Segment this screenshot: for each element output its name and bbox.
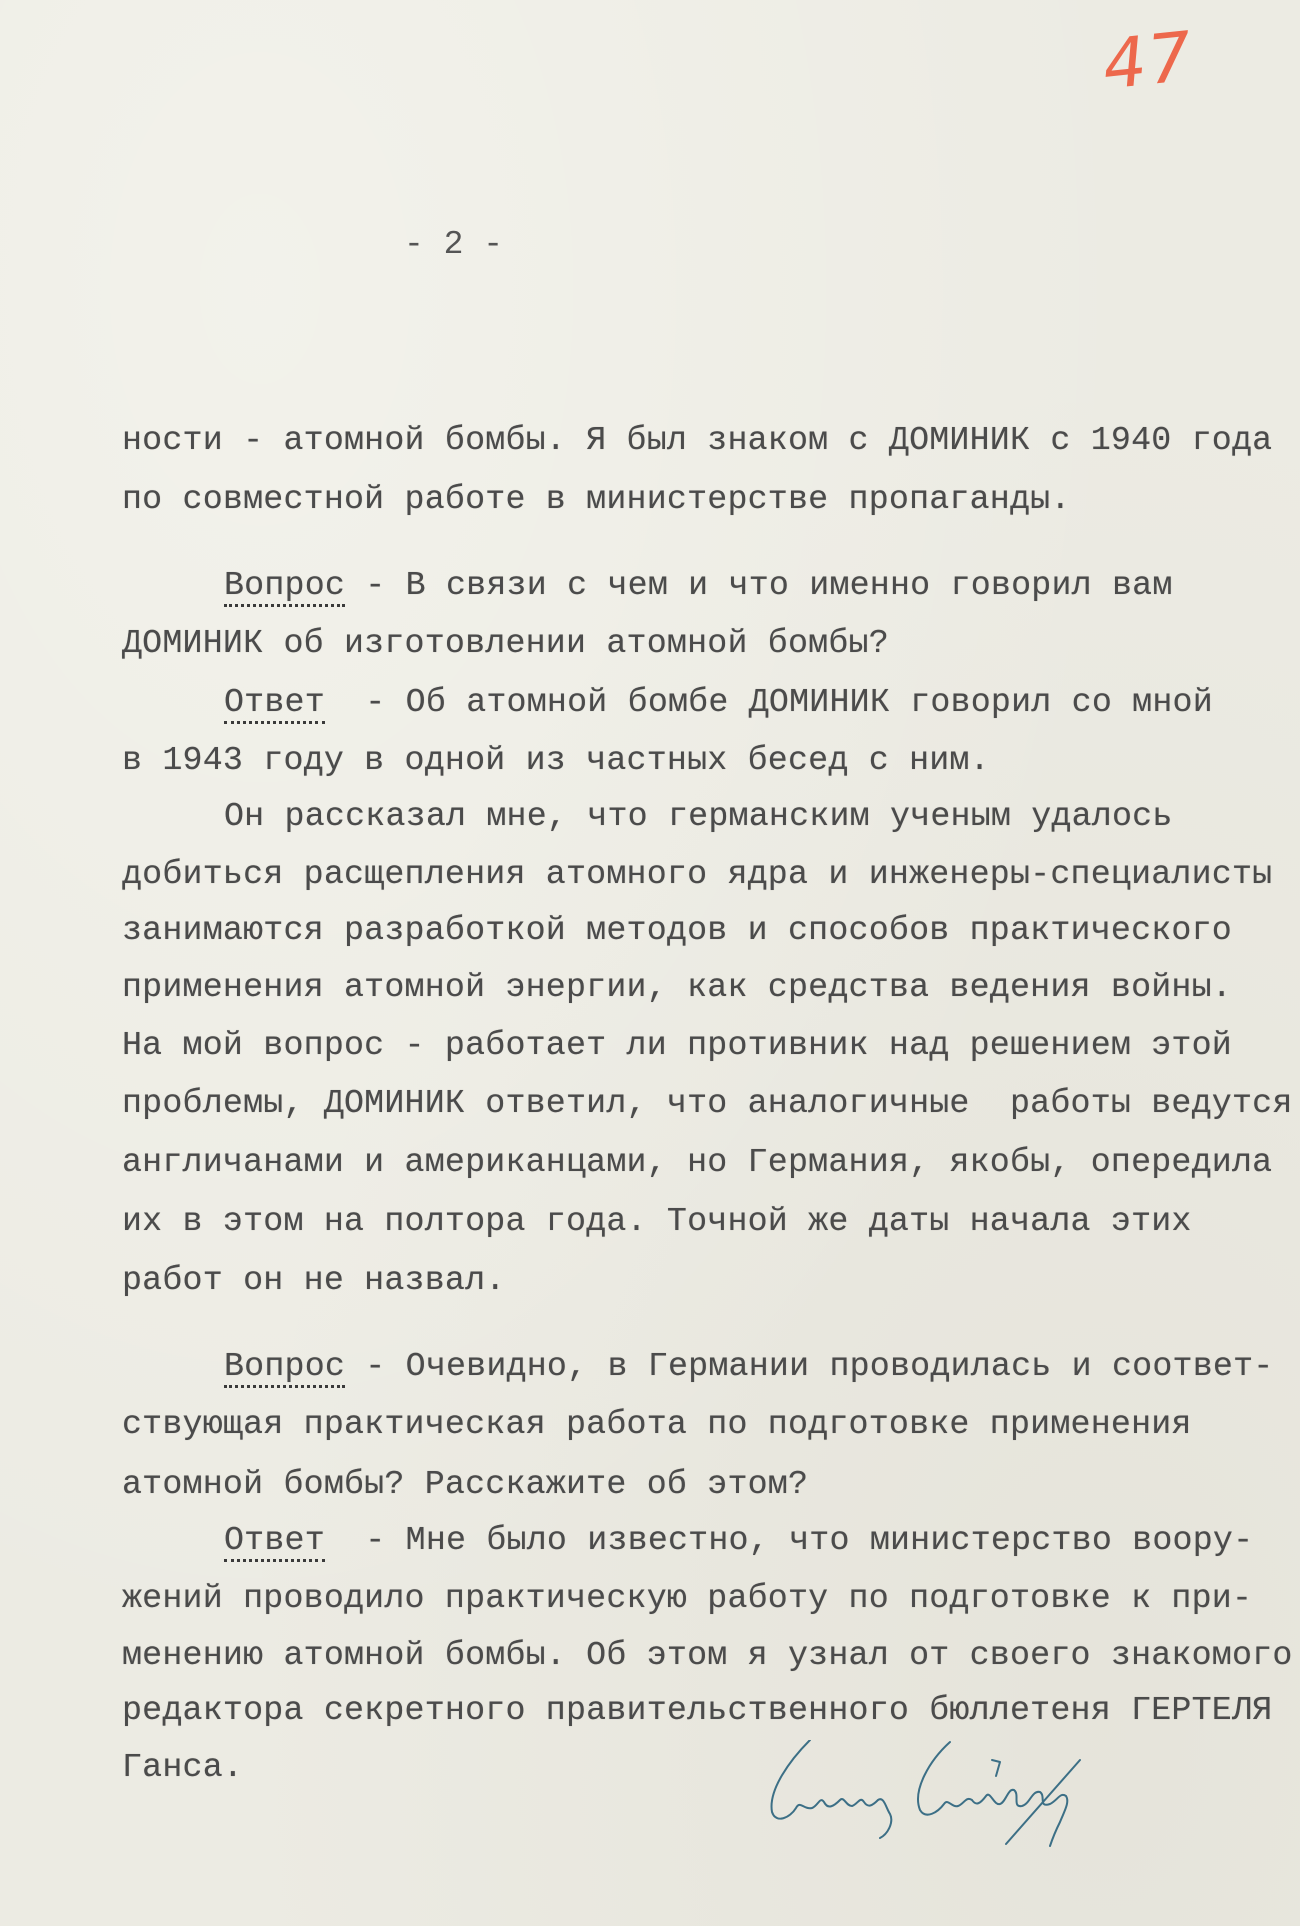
text-line: На мой вопрос - работает ли противник на…	[122, 1025, 1232, 1065]
text-segment: - Мне было известно, что министерство во…	[325, 1521, 1253, 1559]
answer-line: Ответ - Об атомной бомбе ДОМИНИК говорил…	[224, 682, 1213, 722]
text-line: в 1943 году в одной из частных бесед с н…	[122, 740, 990, 780]
page-marker: - 2 -	[404, 226, 503, 263]
text-line: Он рассказал мне, что германским ученым …	[224, 796, 1173, 836]
text-line: применения атомной энергии, как средства…	[122, 967, 1232, 1007]
text-segment: - В связи с чем и что именно говорил вам	[345, 566, 1172, 604]
question-label: Вопрос	[224, 1346, 345, 1386]
question-label: Вопрос	[224, 565, 345, 605]
answer-label: Ответ	[224, 1520, 325, 1560]
text-line: работ он не назвал.	[122, 1260, 505, 1300]
question-line: Вопрос - Очевидно, в Германии проводилас…	[224, 1346, 1273, 1386]
text-line: атомной бомбы? Расскажите об этом?	[122, 1464, 808, 1504]
text-line: жений проводило практическую работу по п…	[122, 1578, 1252, 1618]
text-line: их в этом на полтора года. Точной же дат…	[122, 1201, 1192, 1241]
answer-line: Ответ - Мне было известно, что министерс…	[224, 1520, 1253, 1560]
text-line: редактора секретного правительственного …	[122, 1690, 1272, 1730]
text-line: занимаются разработкой методов и способо…	[122, 910, 1232, 950]
answer-label: Ответ	[224, 682, 325, 722]
text-line: добиться расщепления атомного ядра и инж…	[122, 854, 1272, 894]
text-line: по совместной работе в министерстве проп…	[122, 479, 1071, 519]
text-line: ности - атомной бомбы. Я был знаком с ДО…	[122, 420, 1272, 460]
text-segment: - Очевидно, в Германии проводилась и соо…	[345, 1347, 1273, 1385]
text-line: менению атомной бомбы. Об этом я узнал о…	[122, 1635, 1293, 1675]
text-line: Ганса.	[122, 1747, 243, 1787]
text-line: ствующая практическая работа по подготов…	[122, 1404, 1192, 1444]
text-line: проблемы, ДОМИНИК ответил, что аналогичн…	[122, 1083, 1293, 1123]
signature-icon	[760, 1740, 1140, 1850]
question-line: Вопрос - В связи с чем и что именно гово…	[224, 565, 1173, 605]
text-segment: - Об атомной бомбе ДОМИНИК говорил со мн…	[325, 683, 1213, 721]
text-line: англичанами и американцами, но Германия,…	[122, 1142, 1272, 1182]
folio-number: 47	[1099, 17, 1197, 105]
text-line: ДОМИНИК об изготовлении атомной бомбы?	[122, 623, 889, 663]
